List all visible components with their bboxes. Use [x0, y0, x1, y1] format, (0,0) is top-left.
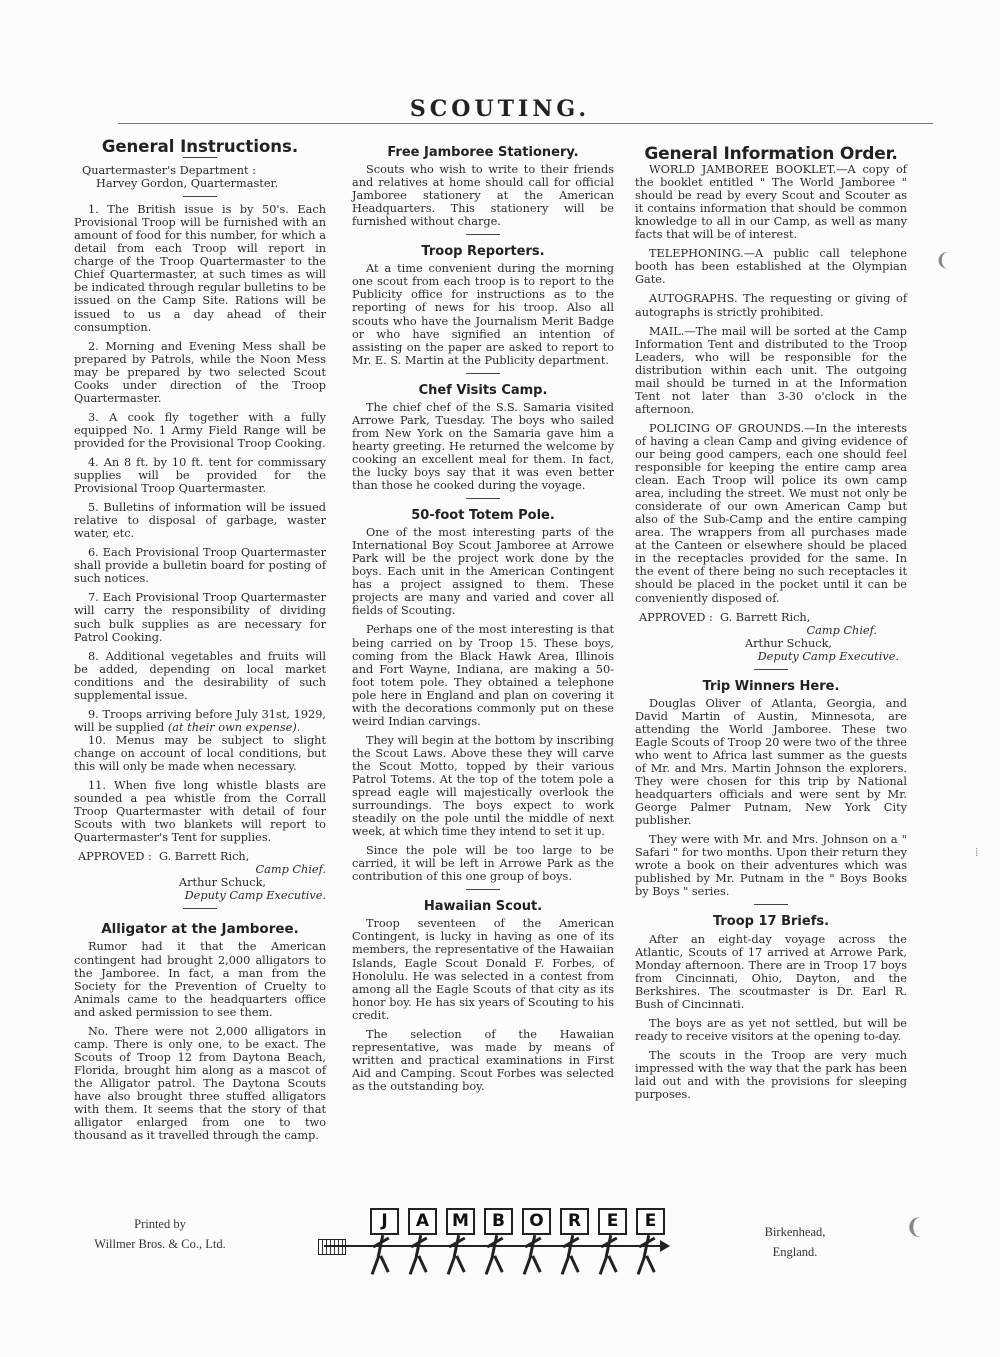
paragraph-list: After an eight-day voyage across the Atl… — [635, 933, 907, 1102]
department-line: Quartermaster's Department : — [74, 164, 326, 177]
marching-scout-icon — [448, 1231, 466, 1275]
paragraph: MAIL.—The mail will be sorted at the Cam… — [635, 325, 907, 416]
column-3: General Information Order. WORLD JAMBORE… — [635, 148, 907, 1107]
divider — [183, 196, 217, 197]
marching-scout-icon — [600, 1231, 618, 1275]
column-2: Free Jamboree Stationery. Scouts who wis… — [352, 146, 614, 1099]
marching-scout-icon — [638, 1231, 656, 1275]
approver-role: Camp Chief. — [74, 863, 326, 876]
article-heading: General Information Order. — [635, 148, 907, 161]
article-troop-17: Troop 17 Briefs. After an eight-day voya… — [635, 915, 907, 1101]
marching-scout-icon — [410, 1231, 428, 1275]
paragraph-list: Scouts who wish to write to their friend… — [352, 163, 614, 228]
article-hawaiian: Hawaiian Scout. Troop seventeen of the A… — [352, 900, 614, 1093]
article-alligator: Alligator at the Jamboree. Rumor had it … — [74, 923, 326, 1142]
article-reporters: Troop Reporters. At a time convenient du… — [352, 245, 614, 366]
paragraph-list: Douglas Oliver of Atlanta, Georgia, and … — [635, 697, 907, 899]
paragraph: 2. Morning and Evening Mess shall be pre… — [74, 340, 326, 405]
article-heading: Chef Visits Camp. — [352, 384, 614, 397]
article-heading: General Instructions. — [74, 140, 326, 153]
arrow-head-icon — [660, 1240, 670, 1252]
divider — [183, 908, 217, 909]
article-heading: 50-foot Totem Pole. — [352, 509, 614, 522]
paragraph-list: The chief chef of the S.S. Samaria visit… — [352, 401, 614, 492]
paragraph-list: 10. Menus may be subject to slight chang… — [74, 734, 326, 844]
paragraph: The scouts in the Troop are very much im… — [635, 1049, 907, 1101]
approved-line: APPROVED : G. Barrett Rich, — [74, 850, 326, 863]
paragraph: 8. Additional vegetables and fruits will… — [74, 650, 326, 702]
paragraph: Douglas Oliver of Atlanta, Georgia, and … — [635, 697, 907, 827]
quartermaster-line: Harvey Gordon, Quartermaster. — [74, 177, 326, 190]
paragraph: Since the pole will be too large to be c… — [352, 844, 614, 883]
paragraph-list: One of the most interesting parts of the… — [352, 526, 614, 883]
paragraph: The boys are as yet not settled, but wil… — [635, 1017, 907, 1043]
article-stationery: Free Jamboree Stationery. Scouts who wis… — [352, 146, 614, 228]
margin-mark-icon: ⁞ — [975, 845, 978, 860]
printer-credit: Printed by Willmer Bros. & Co., Ltd. — [60, 1214, 260, 1254]
article-heading: Troop 17 Briefs. — [635, 915, 907, 928]
paragraph: WORLD JAMBOREE BOOKLET.—A copy of the bo… — [635, 163, 907, 241]
paragraph: 10. Menus may be subject to slight chang… — [74, 734, 326, 773]
article-heading: Alligator at the Jamboree. — [74, 923, 326, 936]
paragraph-list: 1. The British issue is by 50's. Each Pr… — [74, 203, 326, 702]
paragraph: 11. When five long whistle blasts are so… — [74, 779, 326, 844]
printer-line: Printed by — [60, 1214, 260, 1234]
paragraph: The chief chef of the S.S. Samaria visit… — [352, 401, 614, 492]
divider — [466, 498, 500, 499]
printer-name: Willmer Bros. & Co., Ltd. — [60, 1234, 260, 1254]
divider — [183, 157, 217, 158]
paragraph: The selection of the Hawaiian representa… — [352, 1028, 614, 1093]
article-heading: Hawaiian Scout. — [352, 900, 614, 913]
paragraph: 6. Each Provisional Troop Quartermaster … — [74, 546, 326, 585]
article-information-order: General Information Order. WORLD JAMBORE… — [635, 148, 907, 663]
marching-scout-icon — [372, 1231, 390, 1275]
title-rule — [118, 123, 933, 124]
location-city: Birkenhead, — [745, 1222, 845, 1242]
paragraph: They will begin at the bottom by inscrib… — [352, 734, 614, 838]
arrow-fletching-icon — [318, 1239, 346, 1255]
article-totem-pole: 50-foot Totem Pole. One of the most inte… — [352, 509, 614, 883]
paragraph: POLICING OF GROUNDS.—In the interests of… — [635, 422, 907, 605]
divider — [466, 889, 500, 890]
paragraph: TELEPHONING.—A public call telephone boo… — [635, 247, 907, 286]
jamboree-banner-logo: JAMBOREE — [318, 1203, 678, 1278]
paragraph: Rumor had it that the American contingen… — [74, 940, 326, 1018]
column-1: General Instructions. Quartermaster's De… — [74, 140, 326, 1148]
approver-name: Arthur Schuck, — [74, 876, 326, 889]
paragraph-list: At a time convenient during the morning … — [352, 262, 614, 366]
paragraph: At a time convenient during the morning … — [352, 262, 614, 366]
article-heading: Free Jamboree Stationery. — [352, 146, 614, 159]
paragraph: 1. The British issue is by 50's. Each Pr… — [74, 203, 326, 333]
print-location: Birkenhead, England. — [745, 1222, 845, 1262]
paragraph: AUTOGRAPHS. The requesting or giving of … — [635, 292, 907, 318]
divider — [754, 669, 788, 670]
paragraph: 7. Each Provisional Troop Quartermaster … — [74, 591, 326, 643]
article-heading: Trip Winners Here. — [635, 680, 907, 693]
paragraph: 4. An 8 ft. by 10 ft. tent for commissar… — [74, 456, 326, 495]
paragraph: Troop seventeen of the American Continge… — [352, 917, 614, 1021]
paragraph: One of the most interesting parts of the… — [352, 526, 614, 617]
marching-scout-icon — [524, 1231, 542, 1275]
marching-scout-icon — [486, 1231, 504, 1275]
marching-scout-icon — [562, 1231, 580, 1275]
paragraph: 5. Bulletins of information will be issu… — [74, 501, 326, 540]
article-general-instructions: General Instructions. Quartermaster's De… — [74, 140, 326, 902]
article-trip-winners: Trip Winners Here. Douglas Oliver of Atl… — [635, 680, 907, 899]
margin-scribble-icon: ❨ — [935, 250, 950, 271]
paragraph-9: 9. Troops arriving before July 31st, 192… — [74, 708, 326, 734]
paragraph: After an eight-day voyage across the Atl… — [635, 933, 907, 1011]
page-title: SCOUTING. — [0, 96, 1000, 122]
approved-line: APPROVED : G. Barrett Rich, — [635, 611, 907, 624]
approver-role: Deputy Camp Executive. — [635, 650, 907, 663]
paragraph-list: Troop seventeen of the American Continge… — [352, 917, 614, 1093]
paragraph: No. There were not 2,000 alligators in c… — [74, 1025, 326, 1142]
paragraph: 3. A cook fly together with a fully equi… — [74, 411, 326, 450]
divider — [754, 904, 788, 905]
paragraph: Scouts who wish to write to their friend… — [352, 163, 614, 228]
paragraph: They were with Mr. and Mrs. Johnson on a… — [635, 833, 907, 898]
article-heading: Troop Reporters. — [352, 245, 614, 258]
location-country: England. — [745, 1242, 845, 1262]
article-chef: Chef Visits Camp. The chief chef of the … — [352, 384, 614, 492]
approver-role: Deputy Camp Executive. — [74, 889, 326, 902]
divider — [466, 373, 500, 374]
margin-scribble-icon: ❨ — [905, 1215, 923, 1240]
paragraph: Perhaps one of the most interesting is t… — [352, 623, 614, 727]
approver-role: Camp Chief. — [635, 624, 907, 637]
approver-name: Arthur Schuck, — [635, 637, 907, 650]
divider — [466, 234, 500, 235]
paragraph-list: Rumor had it that the American contingen… — [74, 940, 326, 1142]
paragraph-list: WORLD JAMBOREE BOOKLET.—A copy of the bo… — [635, 163, 907, 605]
